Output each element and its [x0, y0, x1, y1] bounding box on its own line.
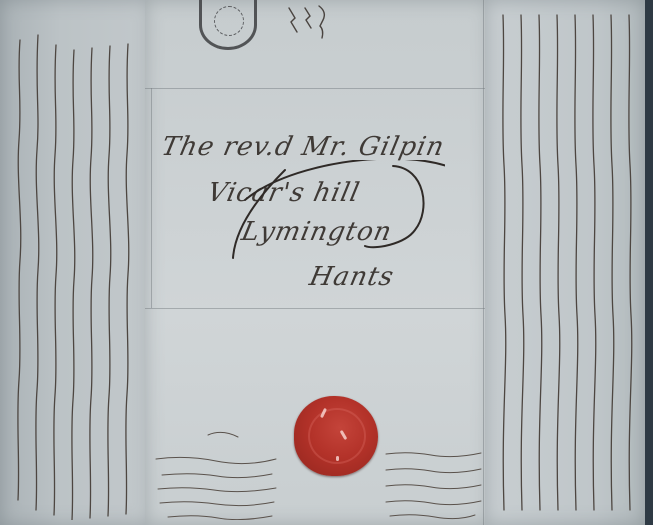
fold-line [145, 88, 490, 89]
right-flap [485, 0, 645, 525]
left-flap [0, 0, 152, 525]
right-flap-handwriting [491, 5, 641, 520]
seal-highlight [336, 456, 339, 461]
left-flap-handwriting [8, 20, 148, 520]
address-recipient: The rev.d Mr. Gilpin [159, 132, 448, 162]
fold-line [151, 88, 152, 308]
dark-background-edge [645, 0, 653, 525]
postage-rate-mark [225, 160, 445, 270]
upside-down-note-right [380, 440, 485, 520]
seal-highlight [320, 408, 327, 418]
seal-highlight [340, 430, 348, 440]
postmark-stamp [199, 0, 257, 50]
letter-photograph: The rev.d Mr. Gilpin Vicar's hill Lyming… [0, 0, 653, 525]
docket-notes [285, 2, 335, 44]
red-wax-seal [294, 396, 378, 476]
upside-down-note-left [148, 425, 288, 520]
